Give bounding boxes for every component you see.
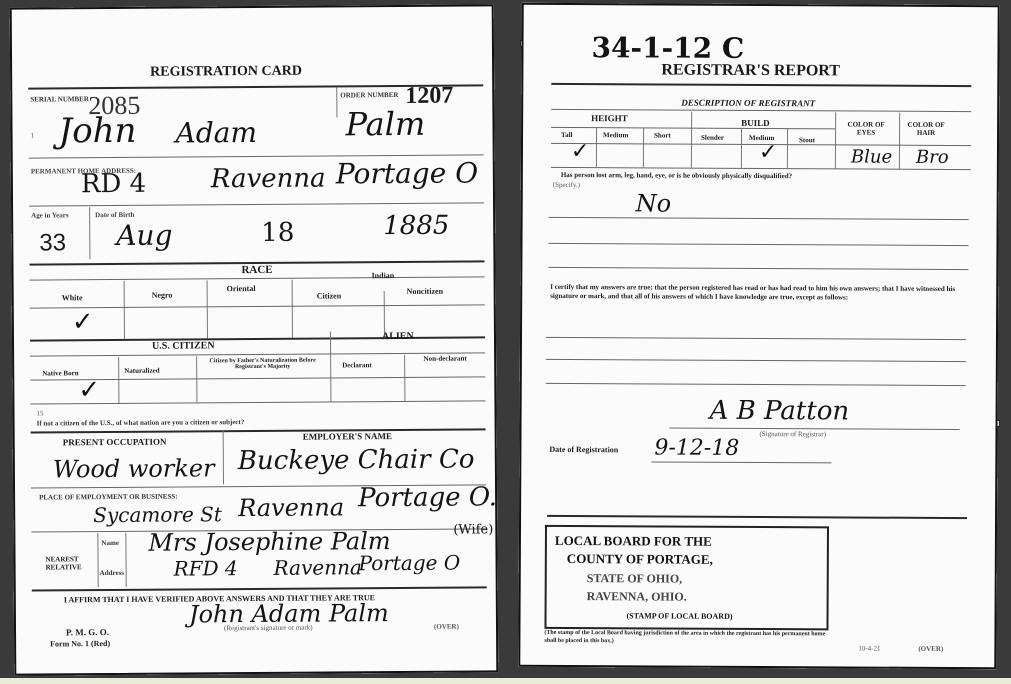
race-header: RACE [29,262,484,277]
registrars-report-card: 34-1-12 C REGISTRAR'S REPORT DESCRIPTION… [518,3,999,669]
dob-day: 18 [261,218,294,248]
q15-num: 15 [36,409,43,417]
citizen-col-naturalized: Naturalized [124,367,159,375]
home-address-county-state: Portage O [336,156,478,190]
registrar-signature: A B Patton [710,396,850,427]
build-header: BUILD [741,118,770,128]
citizen-col-nondeclarant: Non-declarant [420,354,470,362]
dob-label: Date of Birth [95,211,134,219]
last-name: Palm [345,105,425,144]
card-title: REGISTRATION CARD [150,64,302,81]
race-white-checkmark: ✓ [72,307,94,337]
height-tall-checkmark: ✓ [571,139,590,164]
citizen-col-native: Native Born [42,369,78,377]
home-address-street: RD 4 [81,169,146,199]
registration-card: REGISTRATION CARD SERIAL NUMBER 2085 ORD… [10,4,499,675]
build-col-stout: Stout [799,136,815,144]
race-col-noncitizen: Noncitizen [407,287,443,296]
relative-relation: (Wife) [453,522,493,537]
relative-name-label: Name [101,539,119,547]
stamp-line: STATE OF OHIO, [587,571,683,586]
relative-address-label: Address [100,569,124,577]
race-col-oriental: Oriental [227,284,256,293]
q15-text: If not a citizen of the U.S., of what na… [37,418,245,427]
place-label: PLACE OF EMPLOYMENT OR BUSINESS: [39,493,178,502]
height-col-short: Short [654,131,671,139]
form-id-line2: Form No. 1 (Red) [50,639,110,648]
color-hair-header: COLOR OF HAIR [906,121,946,137]
race-col-white: White [62,293,83,302]
place-street: Sycamore St [93,502,222,527]
serial-number-label: SERIAL NUMBER [30,95,60,103]
citizen-native-checkmark: ✓ [78,375,100,405]
relative-address-city: Ravenna [274,555,362,580]
citizen-header: U.S. CITIZEN [152,340,215,351]
dob-month: Aug [116,219,172,252]
place-city: Ravenna [238,493,344,522]
order-number-label: ORDER NUMBER [340,91,380,99]
signature-label: (Registrant's signature or mark) [224,624,313,633]
race-col-citizen: Citizen [317,291,341,300]
footer-over: (OVER) [918,645,943,653]
place-county-state: Portage O. [358,482,497,513]
race-indian-header: Indian [372,271,395,280]
q29-specify: (Specify.) [553,181,580,189]
q29-answer: No [636,189,672,217]
nearest-relative-label: NEAREST RELATIVE [45,555,95,571]
height-col-medium: Medium [603,131,628,139]
stamp-line: RAVENNA, OHIO. [587,589,687,605]
eye-color: Blue [851,146,892,167]
citizen-col-declarant: Declarant [342,361,372,369]
line-number: 1 [31,132,35,140]
q29-text: Has person lost arm, leg, hand, eye, or … [561,171,792,180]
occupation: Wood worker [53,454,215,483]
over-label: (OVER) [434,623,459,631]
local-board-stamp: LOCAL BOARD FOR THE COUNTY OF PORTAGE, S… [544,525,829,630]
relative-name: Mrs Josephine Palm [148,527,390,557]
color-eyes-header: COLOR OF EYES [846,120,886,136]
relative-address-county-state: Portage O [358,551,460,576]
description-header: DESCRIPTION OF REGISTRANT [681,98,815,109]
report-title: REGISTRAR'S REPORT [661,61,840,80]
registrar-signature-label: (Signature of Registrar) [759,430,826,438]
dob-year: 1885 [383,211,449,241]
stamp-caption: (STAMP OF LOCAL BOARD) [627,611,733,621]
build-col-slender: Slender [701,134,724,142]
stamp-line: LOCAL BOARD FOR THE [555,533,712,550]
first-name: John [58,111,136,152]
alien-header: ALIEN [382,331,414,342]
q30-text: I certify that my answers are true; that… [550,283,970,303]
employer-label: EMPLOYER'S NAME [303,431,392,442]
background-strip [0,678,1011,684]
stamp-note: (The stamp of the Local Board having jur… [544,629,834,647]
hair-color: Bro [916,147,949,168]
citizen-col-fathers: Citizen by Father's Naturalization Befor… [200,358,325,371]
stamp-line: COUNTY OF PORTAGE, [567,551,713,568]
middle-name: Adam [175,116,257,150]
build-medium-checkmark: ✓ [759,140,778,165]
form-id-line1: P. M. G. O. [66,627,109,637]
footer-left: 10-4-21 [858,645,880,653]
age: 33 [39,229,66,257]
date-value: 9-12-18 [654,435,739,460]
race-col-negro: Negro [152,291,173,300]
relative-address-street: RFD 4 [174,556,238,580]
occupation-label: PRESENT OCCUPATION [63,437,167,448]
employer: Buckeye Chair Co [238,444,475,476]
height-col-tall: Tall [561,131,572,139]
handwritten-code: 34-1-12 C [591,31,744,65]
home-address-city: Ravenna [211,163,326,194]
age-label: Age in Years [31,211,69,219]
height-header: HEIGHT [591,113,628,123]
date-label: Date of Registration [549,445,618,454]
